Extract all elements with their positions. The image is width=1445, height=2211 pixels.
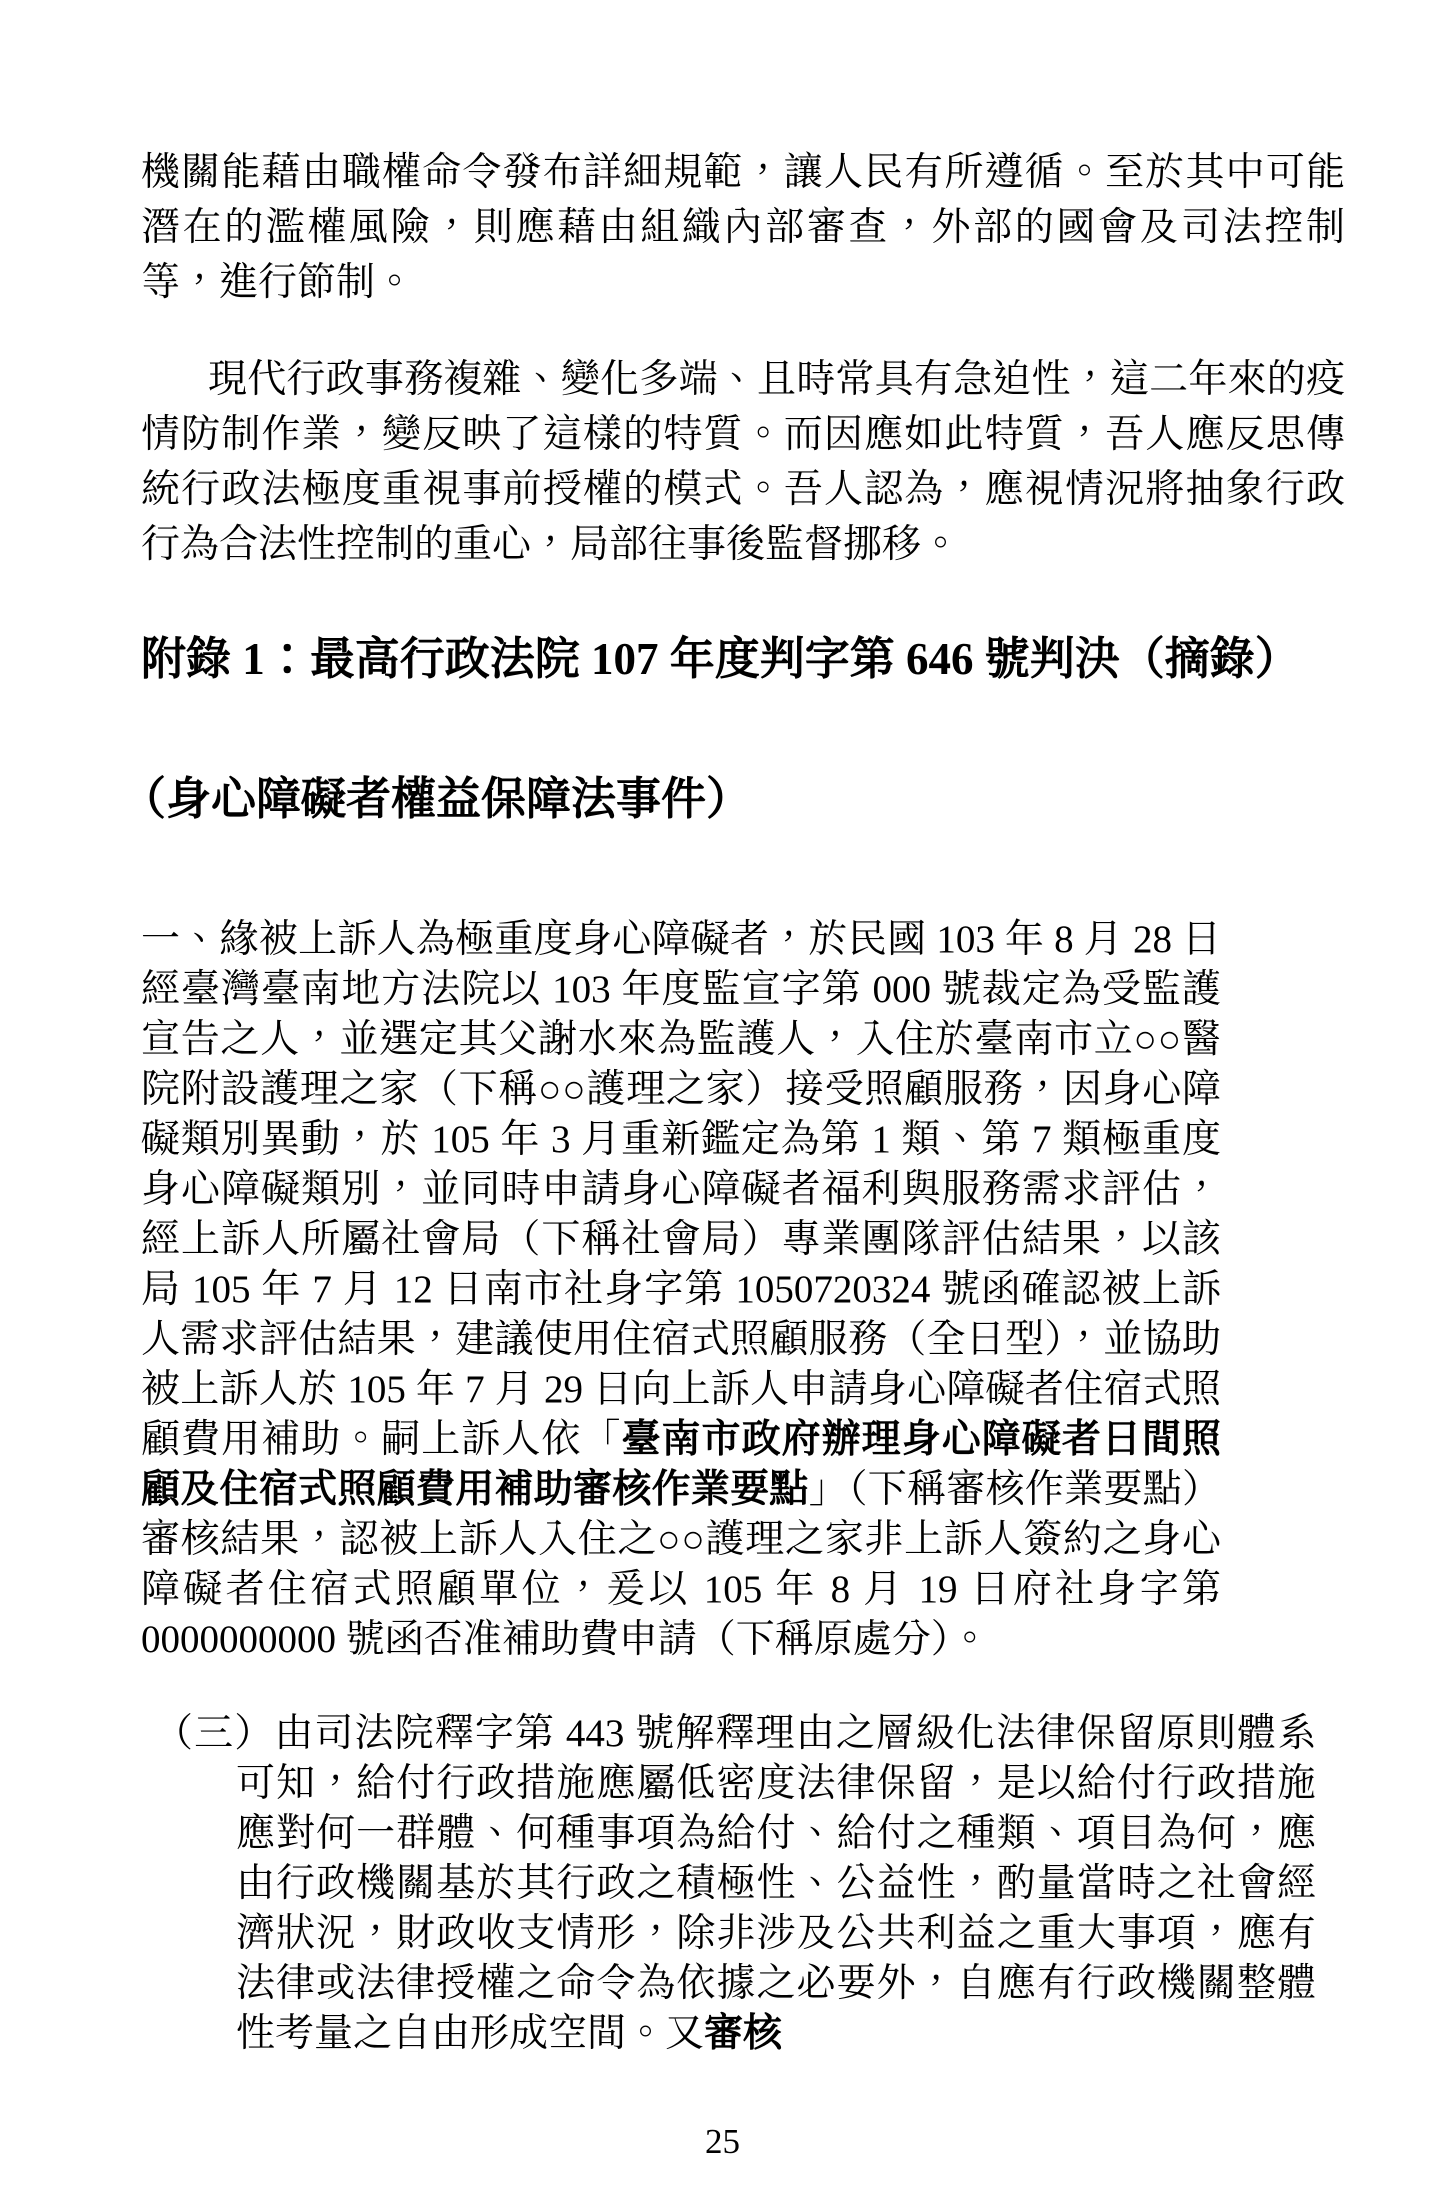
text-run: 由司法院釋字第 443 號解釋理由之層級化法律保留原則體系可知，給付行政措施應屬…	[236, 1712, 1316, 2055]
paragraph-2: 現代行政事務複雜、變化多端、且時常具有急迫性，這二年來的疫情防制作業，變反映了這…	[141, 352, 1345, 572]
document-page: { "document": { "paragraphs": { "p1": "機…	[0, 0, 1445, 2211]
item-one-text: 緣被上訴人為極重度身心障礙者，於民國 103 年 8 月 28 日經臺灣臺南地方…	[141, 918, 1221, 1661]
item-one: 一、緣被上訴人為極重度身心障礙者，於民國 103 年 8 月 28 日經臺灣臺南…	[141, 915, 1221, 1665]
paragraph-1: 機關能藉由職權命令發布詳細規範，讓人民有所遵循。至於其中可能潛在的濫權風險，則應…	[141, 145, 1345, 310]
page-content: 機關能藉由職權命令發布詳細規範，讓人民有所遵循。至於其中可能潛在的濫權風險，則應…	[141, 0, 1345, 2059]
item-one-marker: 一、	[141, 918, 220, 961]
page-number: 25	[0, 2122, 1445, 2162]
text-run: 緣被上訴人為極重度身心障礙者，於民國 103 年 8 月 28 日經臺灣臺南地方…	[141, 918, 1221, 1461]
case-subheading: （身心障礙者權益保障法事件）	[121, 769, 1345, 829]
item-three: （三）由司法院釋字第 443 號解釋理由之層級化法律保留原則體系可知，給付行政措…	[141, 1709, 1316, 2059]
appendix-heading: 附錄 1：最高行政法院 107 年度判字第 646 號判決（摘錄）	[141, 629, 1345, 689]
item-three-text: 由司法院釋字第 443 號解釋理由之層級化法律保留原則體系可知，給付行政措施應屬…	[236, 1712, 1316, 2055]
bold-run: 審核	[704, 2012, 782, 2055]
item-three-marker: （三）	[154, 1712, 274, 1755]
